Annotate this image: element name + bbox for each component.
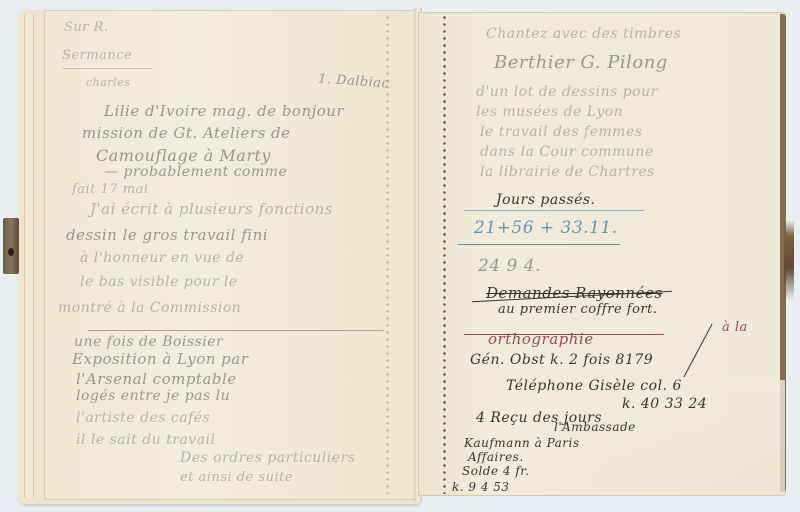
clasp-hole — [8, 248, 14, 256]
handwritten-line: il le sait du travail — [76, 432, 216, 448]
handwritten-line: Berthier G. Pilong — [494, 52, 668, 73]
handwritten-line: J'ai écrit à plusieurs fonctions — [90, 200, 333, 218]
handwritten-line: k. 9 4 53 — [452, 480, 510, 494]
handwritten-line: charles — [86, 76, 130, 89]
page-edges — [24, 14, 34, 498]
handwritten-line: et ainsi de suite — [180, 470, 293, 485]
handwritten-line: Sur R. — [64, 20, 109, 35]
handwritten-line: mission de Gt. Ateliers de — [82, 124, 291, 142]
handwritten-line: le bas visible pour le — [80, 274, 238, 290]
handwritten-line: une fois de Boissier — [74, 334, 223, 350]
handwritten-line: montré à la Commission — [58, 300, 241, 316]
handwritten-line: Affaires. — [468, 450, 524, 464]
perforation-right — [443, 14, 446, 494]
handwritten-line: Exposition à Lyon par — [72, 350, 248, 368]
handwritten-line: l'Ambassade — [554, 420, 636, 434]
handwritten-line: — probablement comme — [104, 164, 287, 180]
notebook-scene: Sur R. Sermance charles 1. Dalbiac Lilie… — [0, 0, 800, 512]
handwritten-number: 24 9 4. — [478, 256, 541, 276]
blue-rule — [464, 210, 644, 211]
handwritten-line: dessin le gros travail fini — [66, 226, 268, 244]
handwritten-line: orthographie — [488, 330, 594, 348]
frayed-binding — [784, 220, 794, 300]
handwritten-line: la librairie de Chartres — [480, 164, 655, 180]
handwritten-line: à la — [722, 320, 748, 335]
handwritten-line: logés entre je pas lu — [76, 388, 230, 404]
handwritten-line: d'un lot de dessins pour — [476, 84, 658, 100]
handwritten-line: l'artiste des cafés — [76, 410, 210, 426]
handwritten-line: dans la Cour commune — [480, 144, 654, 160]
handwritten-line: Solde 4 fr. — [462, 464, 530, 478]
handwritten-line: fait 17 mai — [72, 182, 149, 197]
handwritten-line: Des ordres particuliers — [180, 450, 355, 466]
handwritten-line: au premier coffre fort. — [498, 302, 658, 317]
handwritten-line: Téléphone Gisèle col. 6 — [506, 378, 682, 394]
handwritten-line: Sermance — [62, 48, 132, 63]
underline — [62, 68, 152, 69]
blue-rule — [458, 244, 620, 245]
handwritten-line: Camouflage à Marty — [96, 146, 271, 165]
handwritten-line: Demandes Rayonnées — [486, 284, 663, 302]
handwritten-line: Gén. Obst k. 2 fois 8179 — [470, 352, 653, 368]
handwritten-sum: 21+56 + 33.11. — [474, 218, 618, 238]
handwritten-line: Jours passés. — [496, 192, 595, 208]
handwritten-line: le travail des femmes — [480, 124, 642, 140]
handwritten-line: les musées de Lyon — [476, 104, 623, 120]
handwritten-line: l'Arsenal comptable — [76, 370, 237, 388]
handwritten-line: à l'honneur en vue de — [80, 250, 244, 266]
handwritten-line: Lilie d'Ivoire mag. de bonjour — [104, 102, 344, 120]
ruled-line — [88, 330, 384, 331]
handwritten-line: k. 40 33 24 — [622, 396, 707, 412]
handwritten-line: Chantez avec des timbres — [486, 26, 681, 42]
handwritten-line: Kaufmann à Paris — [464, 436, 579, 450]
leather-clasp — [3, 218, 19, 274]
